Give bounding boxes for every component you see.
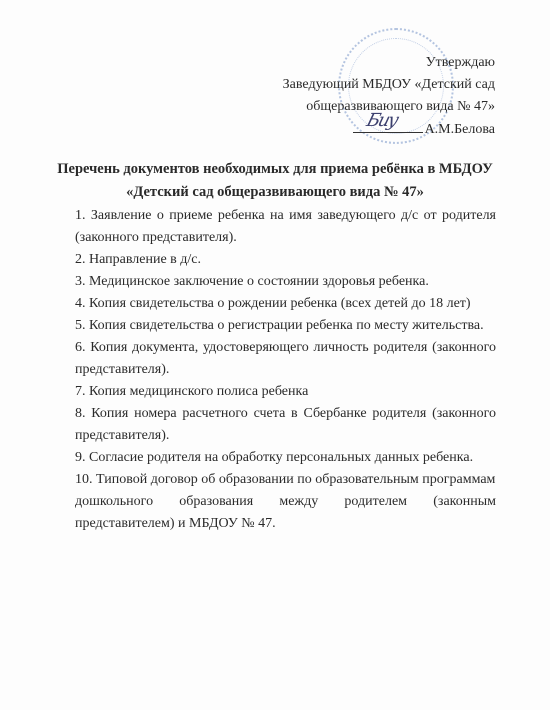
signatory-name: А.М.Белова (425, 122, 495, 137)
signature-row: Бuy А.М.Белова (283, 118, 495, 141)
list-item: 10. Типовой договор об образовании по об… (75, 469, 496, 491)
approval-position: Заведующий МБДОУ «Детский сад (283, 74, 495, 96)
list-item: 2. Направление в д/с. (75, 249, 496, 271)
title-line-1: Перечень документов необходимых для прие… (0, 158, 550, 181)
list-item-continuation: дошкольного образования между родителем … (75, 491, 496, 535)
title-line-2: «Детский сад общеразвивающего вида № 47» (0, 181, 550, 204)
list-item: 9. Согласие родителя на обработку персон… (75, 447, 496, 469)
list-item: 3. Медицинское заключение о состоянии зд… (75, 271, 496, 293)
list-item: 8. Копия номера расчетного счета в Сберб… (75, 403, 496, 447)
list-item: 5. Копия свидетельства о регистрации реб… (75, 315, 496, 337)
list-item: 6. Копия документа, удостоверяющего личн… (75, 337, 496, 381)
documents-list: 1. Заявление о приеме ребенка на имя зав… (75, 205, 496, 535)
document-page: Утверждаю Заведующий МБДОУ «Детский сад … (0, 0, 550, 710)
list-item: 7. Копия медицинского полиса ребенка (75, 381, 496, 403)
approval-heading: Утверждаю (283, 52, 495, 74)
signature-line: Бuy (353, 118, 423, 133)
approval-block: Утверждаю Заведующий МБДОУ «Детский сад … (283, 52, 495, 141)
handwritten-signature: Бuy (364, 110, 399, 132)
list-item: 4. Копия свидетельства о рождении ребенк… (75, 293, 496, 315)
document-title: Перечень документов необходимых для прие… (0, 158, 550, 204)
list-item: 1. Заявление о приеме ребенка на имя зав… (75, 205, 496, 249)
